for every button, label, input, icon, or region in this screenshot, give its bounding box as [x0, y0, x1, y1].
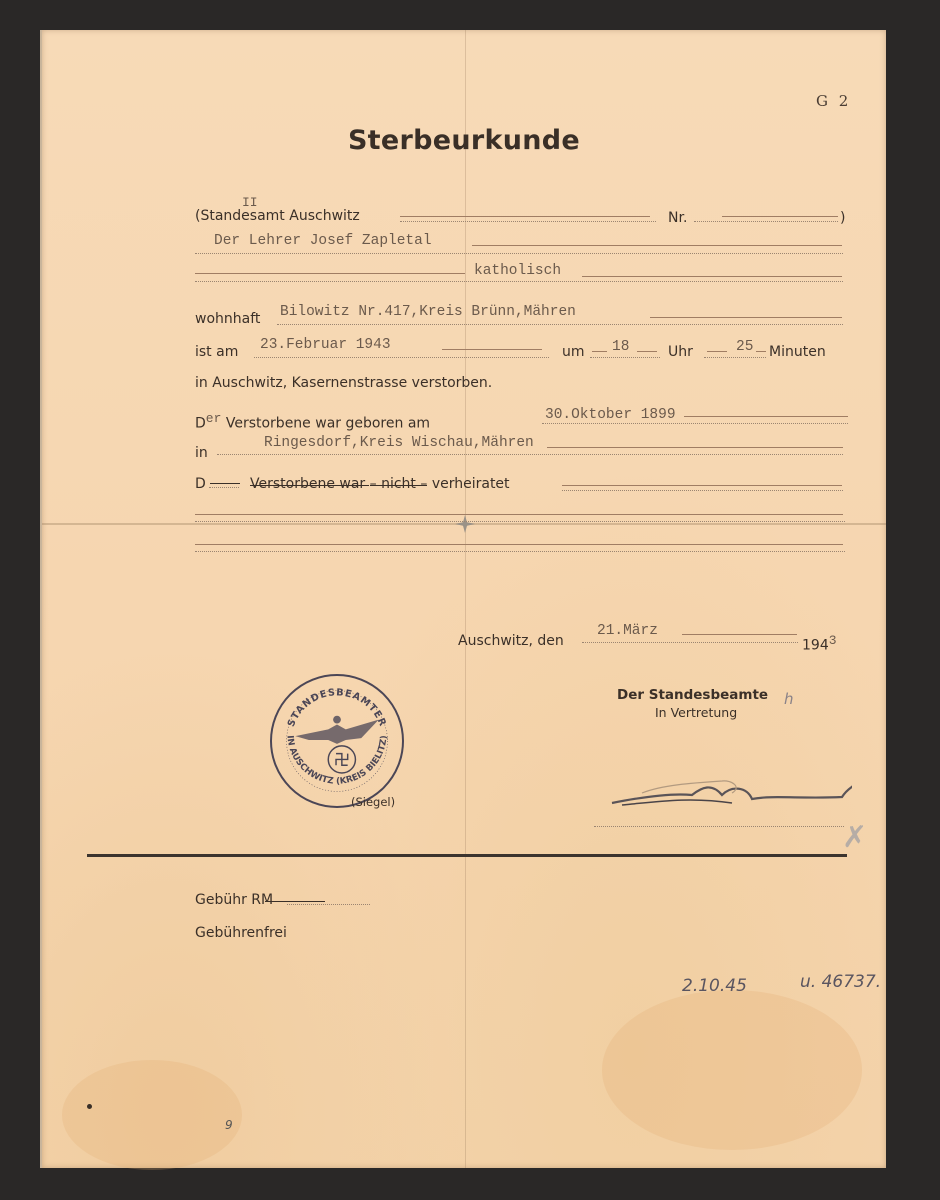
issue-year-suffix: 3: [829, 633, 837, 648]
minuten-label: Minuten: [769, 344, 826, 360]
official-seal: STANDESBEAMTER IN AUSCHWITZ (KREIS BIELI…: [270, 674, 404, 808]
birth-place-label: in: [195, 445, 208, 461]
death-date-rule: [442, 349, 542, 350]
fee-label: Gebühr RM: [195, 892, 273, 908]
nr-rule: [722, 216, 838, 217]
fee-field: [287, 904, 370, 905]
handwritten-signature: [582, 775, 852, 815]
issue-date: 21.März: [597, 623, 658, 639]
signature-subtitle: In Vertretung: [655, 705, 737, 720]
blank-field: [195, 521, 845, 522]
name-field: [195, 253, 843, 254]
fold-wear-mark: [455, 515, 475, 533]
birth-place-rule: [547, 447, 843, 448]
birth-line: Der Verstorbene war geboren am: [195, 411, 430, 432]
marital-text: Verstorbene war: [250, 476, 365, 492]
marital-prefix: D: [195, 476, 206, 492]
signature-initial-mark: h: [784, 690, 794, 708]
fold-crease-vertical: [465, 30, 466, 1168]
certificate-paper: G 2 Sterbeurkunde II (Standesamt Auschwi…: [40, 30, 886, 1168]
religion-rule-right: [582, 276, 842, 277]
marital-line: Verstorbene war – nicht – verheiratet: [250, 476, 510, 492]
minute-rule: [756, 351, 766, 352]
minute-field: [704, 357, 766, 358]
name-rule: [472, 245, 842, 246]
nr-field: [694, 221, 838, 222]
uhr-label: Uhr: [668, 344, 693, 360]
registry-place: Auschwitz: [289, 208, 360, 224]
death-date: 23.Februar 1943: [260, 337, 391, 353]
registry-line: (Standesamt Auschwitz: [195, 208, 360, 224]
residence-label: wohnhaft: [195, 311, 260, 327]
nr-label: Nr.: [668, 210, 687, 226]
corner-mark: 9: [225, 1118, 233, 1132]
death-place: in Auschwitz, Kasernenstrasse verstorben…: [195, 375, 492, 391]
hour-rule: [637, 351, 657, 352]
marital-nicht: – nicht –: [370, 476, 428, 492]
issue-date-field: [582, 642, 798, 643]
marital-gender-field: [209, 487, 239, 488]
marital-status: verheiratet: [432, 476, 510, 492]
issue-place-label: Auschwitz, den: [458, 633, 564, 649]
birth-date-field: [542, 423, 848, 424]
birth-label: Verstorbene war geboren am: [226, 416, 430, 432]
registry-rule: [400, 216, 650, 217]
residence-field: [277, 324, 843, 325]
signature-line: [594, 826, 844, 827]
signature-title: Der Standesbeamte: [617, 687, 768, 703]
religion-rule-left: [195, 273, 465, 274]
birth-place-field: [217, 454, 843, 455]
deceased-name: Der Lehrer Josef Zapletal: [214, 233, 432, 249]
residence-rule: [650, 317, 842, 318]
issue-year: 1943: [802, 633, 837, 654]
birth-date: 30.Oktober 1899: [545, 407, 676, 423]
age-stain: [602, 990, 862, 1150]
birth-place: Ringesdorf,Kreis Wischau,Mähren: [264, 435, 534, 451]
marital-field: [562, 490, 843, 491]
birth-date-rule: [684, 416, 848, 417]
registry-close: ): [840, 210, 845, 226]
eagle-swastika-emblem-icon: STANDESBEAMTER IN AUSCHWITZ (KREIS BIELI…: [272, 676, 402, 806]
religion-field: [195, 281, 843, 282]
death-hour: 18: [612, 339, 629, 355]
seal-caption: (Siegel): [351, 795, 395, 809]
hour-rule: [592, 351, 607, 352]
registry-label: (Standesamt: [195, 208, 285, 224]
age-stain: [62, 1060, 242, 1170]
margin-pencil-mark: ✗: [842, 820, 867, 855]
death-minute: 25: [736, 339, 753, 355]
blank-rule: [195, 544, 843, 545]
page-title: Sterbeurkunde: [42, 125, 886, 156]
residence-value: Bilowitz Nr.417,Kreis Brünn,Mähren: [280, 304, 576, 320]
hour-field: [590, 357, 660, 358]
section-divider: [87, 854, 847, 857]
marital-strike: [210, 483, 240, 484]
blank-rule: [195, 514, 843, 515]
marital-rule: [562, 485, 842, 486]
minute-rule: [707, 351, 727, 352]
handwritten-number: u. 46737.: [800, 972, 881, 992]
fee-free: Gebührenfrei: [195, 925, 287, 941]
religion: katholisch: [474, 263, 561, 279]
time-um-label: um: [562, 344, 585, 360]
issue-date-rule: [682, 634, 797, 635]
birth-prefix: D: [195, 416, 206, 432]
death-date-field: [254, 357, 549, 358]
blank-field: [195, 551, 845, 552]
death-date-label: ist am: [195, 344, 238, 360]
handwritten-date: 2.10.45: [682, 976, 747, 996]
ink-dot: [87, 1104, 92, 1109]
birth-gender-suffix: er: [206, 411, 222, 426]
registry-field: [400, 221, 656, 222]
form-code: G 2: [816, 92, 851, 110]
